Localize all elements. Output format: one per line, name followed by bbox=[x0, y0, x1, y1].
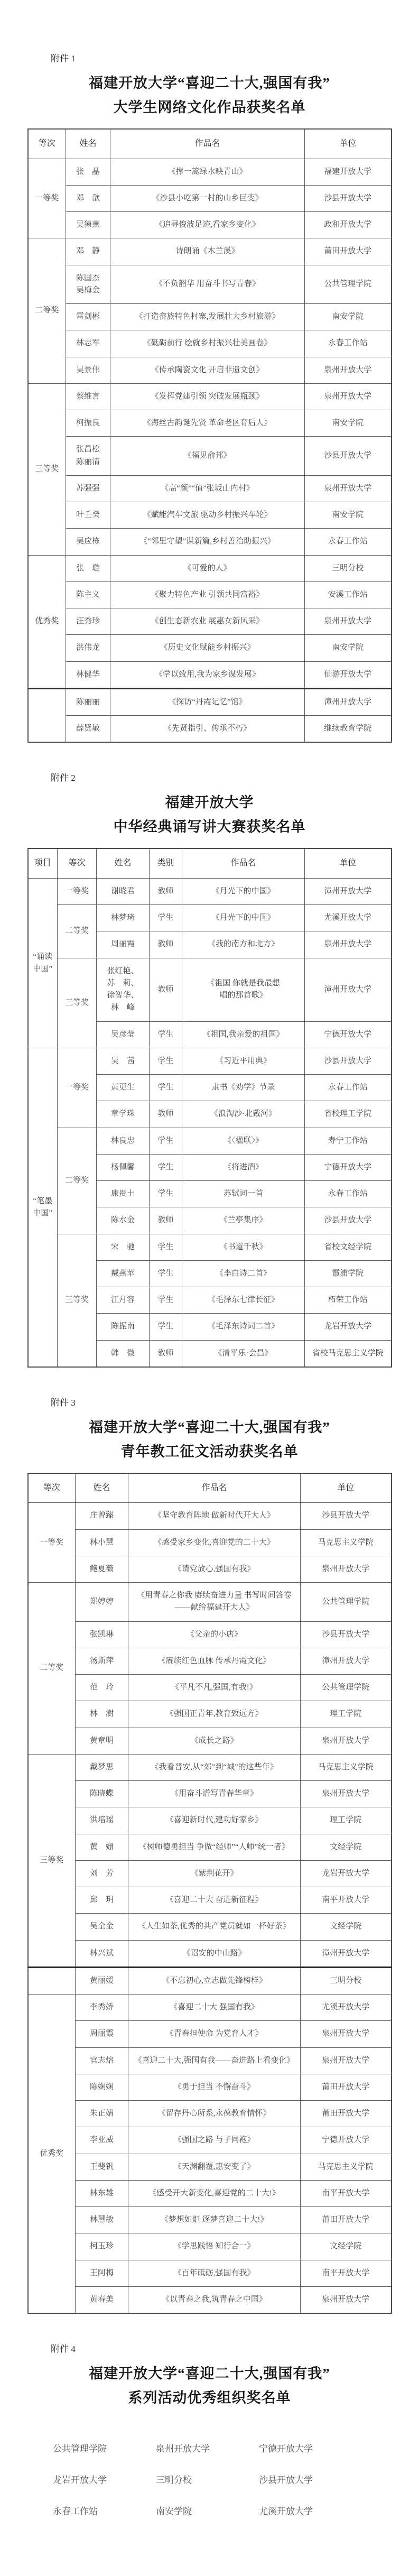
rank-cell: 二等奖 bbox=[58, 905, 97, 958]
work-cell: 《创生态新农业 展惠女新风采》 bbox=[110, 608, 305, 635]
table-row: 汪秀珍《创生态新农业 展惠女新风采》泉州开放大学 bbox=[28, 608, 392, 635]
work-cell: 《追寻俊波足迹,看家乡变化》 bbox=[110, 212, 305, 238]
work-cell: 《用青春之你我 赓续奋进力量 书写时间答卷——献给福建开大人》 bbox=[128, 1583, 301, 1622]
name-cell: 林梦琦 bbox=[97, 905, 150, 931]
name-cell: 戴燕苹 bbox=[97, 1260, 150, 1287]
unit-cell: 泉州开放大学 bbox=[305, 383, 392, 410]
table-row: 黄丽媛《不忘初心,立志做先锋榜样》三明分校 bbox=[28, 1967, 392, 1994]
table-row: 林东雄《感受开大新变化,喜迎党的二十大!》南平开放大学 bbox=[28, 2180, 392, 2206]
name-cell: 陈振南 bbox=[97, 1314, 150, 1340]
name-cell: 薛贤敏 bbox=[66, 716, 110, 743]
table-row: 优秀奖李秀娇《喜迎二十大 强国有我》尤溪开放大学 bbox=[28, 1995, 392, 2021]
name-cell: 林慧敏 bbox=[76, 2207, 128, 2233]
name-cell: 林健华 bbox=[66, 661, 110, 688]
name-cell: 苏强强 bbox=[66, 475, 110, 502]
attachment-title-line: 福建开放大学“喜迎二十大,强国有我” bbox=[0, 71, 419, 96]
org-unit-item: 龙岩开放大学 bbox=[53, 2472, 156, 2486]
name-cell: 黄春美 bbox=[76, 2286, 128, 2313]
unit-cell: 南安学院 bbox=[305, 410, 392, 437]
unit-cell: 政和开放大学 bbox=[305, 212, 392, 238]
work-cell: 《砥砺前行 绘就乡村振兴壮美画卷》 bbox=[110, 330, 305, 357]
table-row: 邱 玥《喜迎二十大 奋进新征程》南平开放大学 bbox=[28, 1887, 392, 1914]
unit-cell: 沙县开放大学 bbox=[305, 437, 392, 476]
unit-cell: 尤溪开放大学 bbox=[305, 905, 392, 931]
name-cell: 刘 芳 bbox=[76, 1860, 128, 1887]
unit-cell: 泉州开放大学 bbox=[301, 2286, 392, 2313]
unit-cell: 泉州开放大学 bbox=[301, 1781, 392, 1807]
unit-cell: 泉州开放大学 bbox=[305, 475, 392, 502]
name-cell: 吴猿燕 bbox=[66, 212, 110, 238]
work-cell: 《强国之路 与子同袍》 bbox=[128, 2127, 301, 2154]
category-cell: 学生 bbox=[150, 1048, 182, 1074]
unit-cell: 沙县开放大学 bbox=[305, 1048, 392, 1074]
table-row: 范 玲《平凡不凡,强国,有我!》公共管理学院 bbox=[28, 1675, 392, 1701]
attachment-label: 附件 2 bbox=[51, 770, 419, 783]
document-page: 附件 1福建开放大学“喜迎二十大,强国有我”大学生网络文化作品获奖名单等次姓名作… bbox=[0, 0, 419, 2576]
table-row: 朱正婧《留存丹心所系,永葆教育情怀》莆田开放大学 bbox=[28, 2101, 392, 2127]
table-row: 二等奖林良忠学生《〈楹联〉》寿宁工作站 bbox=[28, 1128, 392, 1154]
work-cell: 《赓续红色血脉 传承丹霞文化》 bbox=[128, 1648, 301, 1674]
work-cell: 诗朗诵《木兰溪》 bbox=[110, 238, 305, 265]
name-cell: 谢晓君 bbox=[97, 878, 150, 904]
work-cell: 《可爱的人》 bbox=[110, 555, 305, 581]
column-header: 类别 bbox=[150, 848, 182, 878]
unit-cell: 南平开放大学 bbox=[301, 2180, 392, 2206]
attachment-title-line: 系列活动优秀组织奖名单 bbox=[0, 2386, 419, 2411]
name-cell: 张昌松 陈丽清 bbox=[66, 437, 110, 476]
work-cell: 《〈楹联〉》 bbox=[182, 1128, 305, 1154]
attachment-title-line: 福建开放大学 bbox=[0, 791, 419, 815]
rank-cell: 优秀奖 bbox=[28, 1995, 76, 2314]
attachment-title: 福建开放大学“喜迎二十大,强国有我”大学生网络文化作品获奖名单 bbox=[0, 71, 419, 120]
unit-cell: 文经学院 bbox=[301, 1914, 392, 1940]
name-cell: 柯玉珍 bbox=[76, 2233, 128, 2260]
work-cell: 《人生如茶,优秀的共产党员就如一杯好茶》 bbox=[128, 1914, 301, 1940]
unit-cell: 沙县开放大学 bbox=[305, 1207, 392, 1234]
name-cell: 林良忠 bbox=[97, 1128, 150, 1154]
work-cell: 《将进酒》 bbox=[182, 1154, 305, 1180]
table-row: 三等奖张红艳、 苏 莉、 徐智华、 林 峰教师《祖国 你就是我最想 唱的那首歌》… bbox=[28, 958, 392, 1021]
unit-cell: 福建开放大学 bbox=[305, 159, 392, 185]
name-cell: 林兴斌 bbox=[76, 1940, 128, 1967]
rank-cell: 一等奖 bbox=[58, 1048, 97, 1128]
name-cell: 陈主义 bbox=[66, 581, 110, 608]
category-cell: 学生 bbox=[150, 1128, 182, 1154]
name-cell: 郑婷婷 bbox=[76, 1583, 128, 1622]
table-row: 张凯琳《父亲的小店》沙县开放大学 bbox=[28, 1621, 392, 1648]
table-row: 黄春美《以青春之我,筑青春之中国》泉州开放大学 bbox=[28, 2286, 392, 2313]
work-cell: 《“邻里守望”谋新篇,乡村善治助振兴》 bbox=[110, 529, 305, 555]
unit-cell: 漳州开放大学 bbox=[301, 1940, 392, 1967]
unit-cell: 宁德开放大学 bbox=[305, 1154, 392, 1180]
name-cell: 雷剑彬 bbox=[66, 304, 110, 330]
org-unit-item: 宁德开放大学 bbox=[259, 2441, 375, 2454]
unit-cell: 公共管理学院 bbox=[301, 1583, 392, 1622]
name-cell: 叶壬癸 bbox=[66, 502, 110, 529]
unit-cell: 霞浦学院 bbox=[305, 1260, 392, 1287]
rank-cell bbox=[28, 688, 66, 742]
table-row: 李亚威《强国之路 与子同袍》宁德开放大学 bbox=[28, 2127, 392, 2154]
work-cell: 《清平乐·会昌》 bbox=[182, 1340, 305, 1367]
unit-cell: 莆田开放大学 bbox=[301, 2207, 392, 2233]
name-cell: 王斐钒 bbox=[76, 2154, 128, 2180]
rank-cell: 优秀奖 bbox=[28, 555, 66, 688]
work-cell: 《学以致用,我为家乡谋发展》 bbox=[110, 661, 305, 688]
table-row: 吴全金《人生如茶,优秀的共产党员就如一杯好茶》文经学院 bbox=[28, 1914, 392, 1940]
work-cell: 《毛泽东诗词二首》 bbox=[182, 1314, 305, 1340]
org-unit-item: 三明分校 bbox=[156, 2472, 259, 2486]
table-row: 周丽霞《青春担使命 为党育人才》泉州开放大学 bbox=[28, 2021, 392, 2047]
unit-cell: 漳州开放大学 bbox=[305, 958, 392, 1021]
work-cell: 《打造畲族特色村寨,发展壮大乡村旅游》 bbox=[110, 304, 305, 330]
work-cell: 隶书《劝学》节录 bbox=[182, 1075, 305, 1101]
table-row: 三等奖戴梦思《我看晋安,从“郊”到“城”的这些年》马克思主义学院 bbox=[28, 1754, 392, 1780]
category-cell: 学生 bbox=[150, 1260, 182, 1287]
work-cell: 《先贤指引、传承不朽》 bbox=[110, 716, 305, 743]
unit-cell: 公共管理学院 bbox=[301, 1675, 392, 1701]
unit-cell: 沙县开放大学 bbox=[305, 185, 392, 211]
name-cell: 邓 静 bbox=[66, 238, 110, 265]
unit-cell: 继续教育学院 bbox=[305, 716, 392, 743]
rank-cell: 三等奖 bbox=[58, 958, 97, 1048]
org-unit-item: 沙县开放大学 bbox=[259, 2472, 375, 2486]
unit-cell: 公共管理学院 bbox=[305, 265, 392, 304]
table-row: 鲍夏薇《请党放心,强国有我》泉州开放大学 bbox=[28, 1556, 392, 1582]
category-cell: 教师 bbox=[150, 1101, 182, 1128]
work-cell: 《福见俞邦》 bbox=[110, 437, 305, 476]
category-cell: 学生 bbox=[150, 905, 182, 931]
table-row: 黄 姗《树师德勇担当 争做“经师”“人师”统一者》文经学院 bbox=[28, 1834, 392, 1860]
name-cell: 陈丽丽 bbox=[66, 688, 110, 715]
name-cell: 江月容 bbox=[97, 1287, 150, 1314]
unit-cell: 安溪工作站 bbox=[305, 581, 392, 608]
work-cell: 《赋能汽车文旅 驱动乡村振兴车轮》 bbox=[110, 502, 305, 529]
org-unit-item: 永春工作站 bbox=[53, 2504, 156, 2517]
work-cell: 《紫荆花开》 bbox=[128, 1860, 301, 1887]
name-cell: 邓 歆 bbox=[66, 185, 110, 211]
name-cell: 戴梦思 bbox=[76, 1754, 128, 1780]
awards-table: 项目等次姓名类别作品名单位“诵读中国”一等奖谢晓君教师《月光下的中国》漳州开放大… bbox=[27, 848, 392, 1368]
table-row: 二等奖林梦琦学生《月光下的中国》尤溪开放大学 bbox=[28, 905, 392, 931]
name-cell: 吴 茜 bbox=[97, 1048, 150, 1074]
awards-table: 等次姓名作品名单位一等奖张 晶《撑一篙绿水映青山》福建开放大学邓 歆《沙县小吃第… bbox=[27, 128, 392, 743]
table-body: “诵读中国”一等奖谢晓君教师《月光下的中国》漳州开放大学二等奖林梦琦学生《月光下… bbox=[28, 878, 392, 1367]
attachment-label: 附件 4 bbox=[51, 2341, 419, 2355]
work-cell: 《喜迎新时代,建功好家乡》 bbox=[128, 1807, 301, 1834]
attachment-label: 附件 1 bbox=[51, 51, 419, 64]
attachment-title: 福建开放大学“喜迎二十大,强国有我”系列活动优秀组织奖名单 bbox=[0, 2362, 419, 2411]
table-row: 汤斯萍《赓续红色血脉 传承丹霞文化》漳州开放大学 bbox=[28, 1648, 392, 1674]
org-unit-item: 南安学院 bbox=[156, 2504, 259, 2517]
rank-cell: 二等奖 bbox=[28, 1583, 76, 1755]
name-cell: 林东雄 bbox=[76, 2180, 128, 2206]
rank-cell: 三等奖 bbox=[28, 383, 66, 555]
unit-cell: 宁德开放大学 bbox=[305, 1021, 392, 1048]
name-cell: 陈国杰 吴梅金 bbox=[66, 265, 110, 304]
column-header: 单位 bbox=[305, 848, 392, 878]
unit-cell: 仙游开放大学 bbox=[305, 661, 392, 688]
column-header: 姓名 bbox=[97, 848, 150, 878]
table-row: 黄章明《成长之路》泉州开放大学 bbox=[28, 1728, 392, 1754]
attachment-title-line: 福建开放大学“喜迎二十大,强国有我” bbox=[0, 1416, 419, 1440]
column-header: 作品名 bbox=[110, 129, 305, 159]
work-cell: 《探访“丹霞记忆”馆》 bbox=[110, 688, 305, 715]
work-cell: 《撑一篙绿水映青山》 bbox=[110, 159, 305, 185]
table-head: 等次姓名作品名单位 bbox=[28, 1473, 392, 1503]
attachment-section-2: 附件 2福建开放大学中华经典诵写讲大赛获奖名单项目等次姓名类别作品名单位“诵读中… bbox=[0, 770, 419, 1368]
unit-cell: 省校理工学院 bbox=[305, 1101, 392, 1128]
table-row: 洪伟龙《历史文化赋能乡村振兴》南安学院 bbox=[28, 635, 392, 661]
category-cell: 学生 bbox=[150, 1075, 182, 1101]
table-row: 王斐钒《天渊翻覆,惠安变了》马克思主义学院 bbox=[28, 2154, 392, 2180]
work-cell: 《喜迎二十大 奋进新征程》 bbox=[128, 1887, 301, 1914]
column-header: 姓名 bbox=[66, 129, 110, 159]
unit-cell: 沙县开放大学 bbox=[301, 1503, 392, 1529]
work-cell: 《强国正青年,教育致远方》 bbox=[128, 1701, 301, 1728]
unit-cell: 文经学院 bbox=[301, 1834, 392, 1860]
table-row: 林志军《砥砺前行 绘就乡村振兴壮美画卷》永春工作站 bbox=[28, 330, 392, 357]
table-row: 陈晓蝶《用奋斗谱写青春华章》泉州开放大学 bbox=[28, 1781, 392, 1807]
name-cell: 王阿梅 bbox=[76, 2260, 128, 2286]
name-cell: 陈娴娴 bbox=[76, 2074, 128, 2100]
table-row: 林兴斌《诏安的中山路》漳州开放大学 bbox=[28, 1940, 392, 1967]
unit-cell: 龙岩开放大学 bbox=[305, 1314, 392, 1340]
org-unit-item: 公共管理学院 bbox=[53, 2441, 156, 2454]
rank-cell bbox=[28, 1967, 76, 1994]
column-header: 等次 bbox=[28, 1473, 76, 1503]
org-unit-item: 泉州开放大学 bbox=[156, 2441, 259, 2454]
name-cell: 韩 微 bbox=[97, 1340, 150, 1367]
unit-cell: 三明分校 bbox=[301, 1967, 392, 1994]
work-cell: 《祖国,我亲爱的祖国》 bbox=[182, 1021, 305, 1048]
rank-cell: 三等奖 bbox=[58, 1234, 97, 1367]
name-cell: 官志熔 bbox=[76, 2047, 128, 2074]
unit-cell: 泉州开放大学 bbox=[305, 357, 392, 383]
unit-cell: 泉州开放大学 bbox=[305, 608, 392, 635]
table-row: 薛贤敏《先贤指引、传承不朽》继续教育学院 bbox=[28, 716, 392, 743]
name-cell: 范 玲 bbox=[76, 1675, 128, 1701]
name-cell: 康贵土 bbox=[97, 1181, 150, 1207]
unit-cell: 永春工作站 bbox=[305, 330, 392, 357]
category-cell: 学生 bbox=[150, 1154, 182, 1180]
table-row: 林 澍《强国正青年,教育致远方》理工学院 bbox=[28, 1701, 392, 1728]
work-cell: 《感受家乡变化,喜迎党的二十大》 bbox=[128, 1529, 301, 1556]
table-row: 优秀奖张 璇《可爱的人》三明分校 bbox=[28, 555, 392, 581]
table-row: 刘 芳《紫荆花开》龙岩开放大学 bbox=[28, 1860, 392, 1887]
name-cell: 黄 姗 bbox=[76, 1834, 128, 1860]
table-row: 林小慧《感受家乡变化,喜迎党的二十大》马克思主义学院 bbox=[28, 1529, 392, 1556]
project-cell: “笔墨中国” bbox=[28, 1048, 58, 1367]
unit-cell: 莆田开放大学 bbox=[305, 238, 392, 265]
rank-cell: 三等奖 bbox=[28, 1754, 76, 1967]
unit-cell: 理工学院 bbox=[301, 1701, 392, 1728]
table-head: 项目等次姓名类别作品名单位 bbox=[28, 848, 392, 878]
header-row: 等次姓名作品名单位 bbox=[28, 1473, 392, 1503]
table-row: 吴景伟《传承陶瓷文化 开启非遗文创》泉州开放大学 bbox=[28, 357, 392, 383]
unit-cell: 永春工作站 bbox=[305, 529, 392, 555]
work-cell: 《习近平用典》 bbox=[182, 1048, 305, 1074]
name-cell: 林志军 bbox=[66, 330, 110, 357]
table-row: 张昌松 陈丽清《福见俞邦》沙县开放大学 bbox=[28, 437, 392, 476]
work-cell: 《月光下的中国》 bbox=[182, 878, 305, 904]
unit-cell: 泉州开放大学 bbox=[305, 931, 392, 958]
work-cell: 《毛泽东七律长征》 bbox=[182, 1287, 305, 1314]
work-cell: 《李白诗二首》 bbox=[182, 1260, 305, 1287]
table-row: 三等奖宋 驰学生《书道千秋》省校文经学院 bbox=[28, 1234, 392, 1260]
work-cell: 《用奋斗谱写青春华章》 bbox=[128, 1781, 301, 1807]
work-cell: 《树师德勇担当 争做“经师”“人师”统一者》 bbox=[128, 1834, 301, 1860]
work-cell: 《坚守教育阵地 做新时代开大人》 bbox=[128, 1503, 301, 1529]
category-cell: 教师 bbox=[150, 878, 182, 904]
rank-cell: 二等奖 bbox=[58, 1128, 97, 1234]
work-cell: 《我的南方和北方》 bbox=[182, 931, 305, 958]
attachment-title-line: 福建开放大学“喜迎二十大,强国有我” bbox=[0, 2362, 419, 2386]
name-cell: 宋 驰 bbox=[97, 1234, 150, 1260]
organization-award-grid: 公共管理学院泉州开放大学宁德开放大学龙岩开放大学三明分校沙县开放大学永春工作站南… bbox=[53, 2441, 375, 2517]
work-cell: 《发挥党建引领 突破发展瓶颈》 bbox=[110, 383, 305, 410]
category-cell: 教师 bbox=[150, 958, 182, 1021]
unit-cell: 漳州开放大学 bbox=[305, 878, 392, 904]
category-cell: 学生 bbox=[150, 1314, 182, 1340]
unit-cell: 泉州开放大学 bbox=[301, 1556, 392, 1582]
name-cell: 周丽霞 bbox=[97, 931, 150, 958]
name-cell: 周丽霞 bbox=[76, 2021, 128, 2047]
attachment-section-3: 附件 3福建开放大学“喜迎二十大,强国有我”青年教工征文活动获奖名单等次姓名作品… bbox=[0, 1395, 419, 2314]
awards-table: 等次姓名作品名单位一等奖庄曾臻《坚守教育阵地 做新时代开大人》沙县开放大学林小慧… bbox=[27, 1473, 392, 2314]
unit-cell: 文经学院 bbox=[301, 2233, 392, 2260]
table-row: “笔墨中国”一等奖吴 茜学生《习近平用典》沙县开放大学 bbox=[28, 1048, 392, 1074]
header-row: 项目等次姓名类别作品名单位 bbox=[28, 848, 392, 878]
unit-cell: 马克思主义学院 bbox=[301, 2154, 392, 2180]
name-cell: 鲍夏薇 bbox=[76, 1556, 128, 1582]
name-cell: 洪伟龙 bbox=[66, 635, 110, 661]
table-row: 陈丽丽《探访“丹霞记忆”馆》漳州开放大学 bbox=[28, 688, 392, 715]
name-cell: 黄丽媛 bbox=[76, 1967, 128, 1994]
name-cell: 洪培瑶 bbox=[76, 1807, 128, 1834]
attachment-title: 福建开放大学中华经典诵写讲大赛获奖名单 bbox=[0, 791, 419, 839]
name-cell: 吴彦莹 bbox=[97, 1021, 150, 1048]
table-head: 等次姓名作品名单位 bbox=[28, 129, 392, 159]
work-cell: 《感受开大新变化,喜迎党的二十大!》 bbox=[128, 2180, 301, 2206]
name-cell: 张凯琳 bbox=[76, 1621, 128, 1648]
unit-cell: 莆田开放大学 bbox=[301, 2101, 392, 2127]
unit-cell: 南安学院 bbox=[305, 304, 392, 330]
category-cell: 学生 bbox=[150, 1021, 182, 1048]
unit-cell: 泉州开放大学 bbox=[301, 2021, 392, 2047]
work-cell: 《浪淘沙·北戴河》 bbox=[182, 1101, 305, 1128]
work-cell: 《以青春之我,筑青春之中国》 bbox=[128, 2286, 301, 2313]
table-row: 二等奖郑婷婷《用青春之你我 赓续奋进力量 书写时间答卷——献给福建开大人》公共管… bbox=[28, 1583, 392, 1622]
name-cell: 陈晓蝶 bbox=[76, 1781, 128, 1807]
category-cell: 教师 bbox=[150, 1340, 182, 1367]
table-row: 柯振良《海丝古韵诞先贤 革命老区育后人》南安学院 bbox=[28, 410, 392, 437]
work-cell: 《高“颜”“值”张坂山内村》 bbox=[110, 475, 305, 502]
table-row: 陈娴娴《勇于担当 不懈奋斗》莆田开放大学 bbox=[28, 2074, 392, 2100]
unit-cell: 南平开放大学 bbox=[301, 1887, 392, 1914]
table-body: 一等奖庄曾臻《坚守教育阵地 做新时代开大人》沙县开放大学林小慧《感受家乡变化,喜… bbox=[28, 1503, 392, 2313]
work-cell: 《平凡不凡,强国,有我!》 bbox=[128, 1675, 301, 1701]
table-row: 一等奖张 晶《撑一篙绿水映青山》福建开放大学 bbox=[28, 159, 392, 185]
work-cell: 《我看晋安,从“郊”到“城”的这些年》 bbox=[128, 1754, 301, 1780]
name-cell: 李秀娇 bbox=[76, 1995, 128, 2021]
category-cell: 教师 bbox=[150, 1207, 182, 1234]
name-cell: 杨佩馨 bbox=[97, 1154, 150, 1180]
table-row: 叶壬癸《赋能汽车文旅 驱动乡村振兴车轮》南安学院 bbox=[28, 502, 392, 529]
name-cell: 朱正婧 bbox=[76, 2101, 128, 2127]
work-cell: 《留存丹心所系,永葆教育情怀》 bbox=[128, 2101, 301, 2127]
attachment-section-1: 附件 1福建开放大学“喜迎二十大,强国有我”大学生网络文化作品获奖名单等次姓名作… bbox=[0, 51, 419, 743]
unit-cell: 漳州开放大学 bbox=[305, 688, 392, 715]
unit-cell: 泉州开放大学 bbox=[301, 1728, 392, 1754]
unit-cell: 省校文经学院 bbox=[305, 1234, 392, 1260]
attachment-title-line: 青年教工征文活动获奖名单 bbox=[0, 1440, 419, 1464]
name-cell: 张 璇 bbox=[66, 555, 110, 581]
table-row: 雷剑彬《打造畲族特色村寨,发展壮大乡村旅游》南安学院 bbox=[28, 304, 392, 330]
column-header: 作品名 bbox=[128, 1473, 301, 1503]
table-row: 三等奖蔡维言《发挥党建引领 突破发展瓶颈》泉州开放大学 bbox=[28, 383, 392, 410]
work-cell: 《祖国 你就是我最想 唱的那首歌》 bbox=[182, 958, 305, 1021]
unit-cell: 省校马克思主义学院 bbox=[305, 1340, 392, 1367]
name-cell: 蔡维言 bbox=[66, 383, 110, 410]
work-cell: 《勇于担当 不懈奋斗》 bbox=[128, 2074, 301, 2100]
project-cell: “诵读中国” bbox=[28, 878, 58, 1048]
table-row: 林慧敏《梦想如炬 逐梦喜迎二十大!》莆田开放大学 bbox=[28, 2207, 392, 2233]
table-body: 一等奖张 晶《撑一篙绿水映青山》福建开放大学邓 歆《沙县小吃第一村的山乡巨变》沙… bbox=[28, 159, 392, 742]
column-header: 姓名 bbox=[76, 1473, 128, 1503]
column-header: 单位 bbox=[305, 129, 392, 159]
column-header: 单位 bbox=[301, 1473, 392, 1503]
rank-cell: 一等奖 bbox=[28, 1503, 76, 1583]
work-cell: 《月光下的中国》 bbox=[182, 905, 305, 931]
table-row: 王阿梅《百年砥砺,强国有我》南平开放大学 bbox=[28, 2260, 392, 2286]
table-row: 吴猿燕《追寻俊波足迹,看家乡变化》政和开放大学 bbox=[28, 212, 392, 238]
table-row: 陈主义《聚力特色产业 引领共同富裕》安溪工作站 bbox=[28, 581, 392, 608]
work-cell: 《百年砥砺,强国有我》 bbox=[128, 2260, 301, 2286]
category-cell: 学生 bbox=[150, 1181, 182, 1207]
unit-cell: 沙县开放大学 bbox=[301, 1621, 392, 1648]
unit-cell: 理工学院 bbox=[301, 1807, 392, 1834]
name-cell: 吴景伟 bbox=[66, 357, 110, 383]
table-row: 吴应栋《“邻里守望”谋新篇,乡村善治助振兴》永春工作站 bbox=[28, 529, 392, 555]
name-cell: 吴应栋 bbox=[66, 529, 110, 555]
table-row: 一等奖庄曾臻《坚守教育阵地 做新时代开大人》沙县开放大学 bbox=[28, 1503, 392, 1529]
unit-cell: 柘荣工作站 bbox=[305, 1287, 392, 1314]
name-cell: 黄章明 bbox=[76, 1728, 128, 1754]
name-cell: 吴全金 bbox=[76, 1914, 128, 1940]
attachment-label: 附件 3 bbox=[51, 1395, 419, 1408]
work-cell: 《青春担使命 为党育人才》 bbox=[128, 2021, 301, 2047]
column-header: 等次 bbox=[58, 848, 97, 878]
rank-cell: 一等奖 bbox=[58, 878, 97, 904]
attachment-title-line: 中华经典诵写讲大赛获奖名单 bbox=[0, 815, 419, 839]
work-cell: 《历史文化赋能乡村振兴》 bbox=[110, 635, 305, 661]
work-cell: 《聚力特色产业 引领共同富裕》 bbox=[110, 581, 305, 608]
column-header: 项目 bbox=[28, 848, 58, 878]
name-cell: 黄更生 bbox=[97, 1075, 150, 1101]
unit-cell: 宁德开放大学 bbox=[301, 2127, 392, 2154]
unit-cell: 泉州开放大学 bbox=[301, 2047, 392, 2074]
unit-cell: 尤溪开放大学 bbox=[301, 1995, 392, 2021]
table-row: 林健华《学以致用,我为家乡谋发展》仙游开放大学 bbox=[28, 661, 392, 688]
category-cell: 学生 bbox=[150, 1234, 182, 1260]
rank-cell: 二等奖 bbox=[28, 238, 66, 384]
table-row: 洪培瑶《喜迎新时代,建功好家乡》理工学院 bbox=[28, 1807, 392, 1834]
name-cell: 陈水金 bbox=[97, 1207, 150, 1234]
work-cell: 《请党放心,强国有我》 bbox=[128, 1556, 301, 1582]
org-unit-item: 尤溪开放大学 bbox=[259, 2504, 375, 2517]
work-cell: 苏轼词一首 bbox=[182, 1181, 305, 1207]
unit-cell: 南安学院 bbox=[305, 502, 392, 529]
